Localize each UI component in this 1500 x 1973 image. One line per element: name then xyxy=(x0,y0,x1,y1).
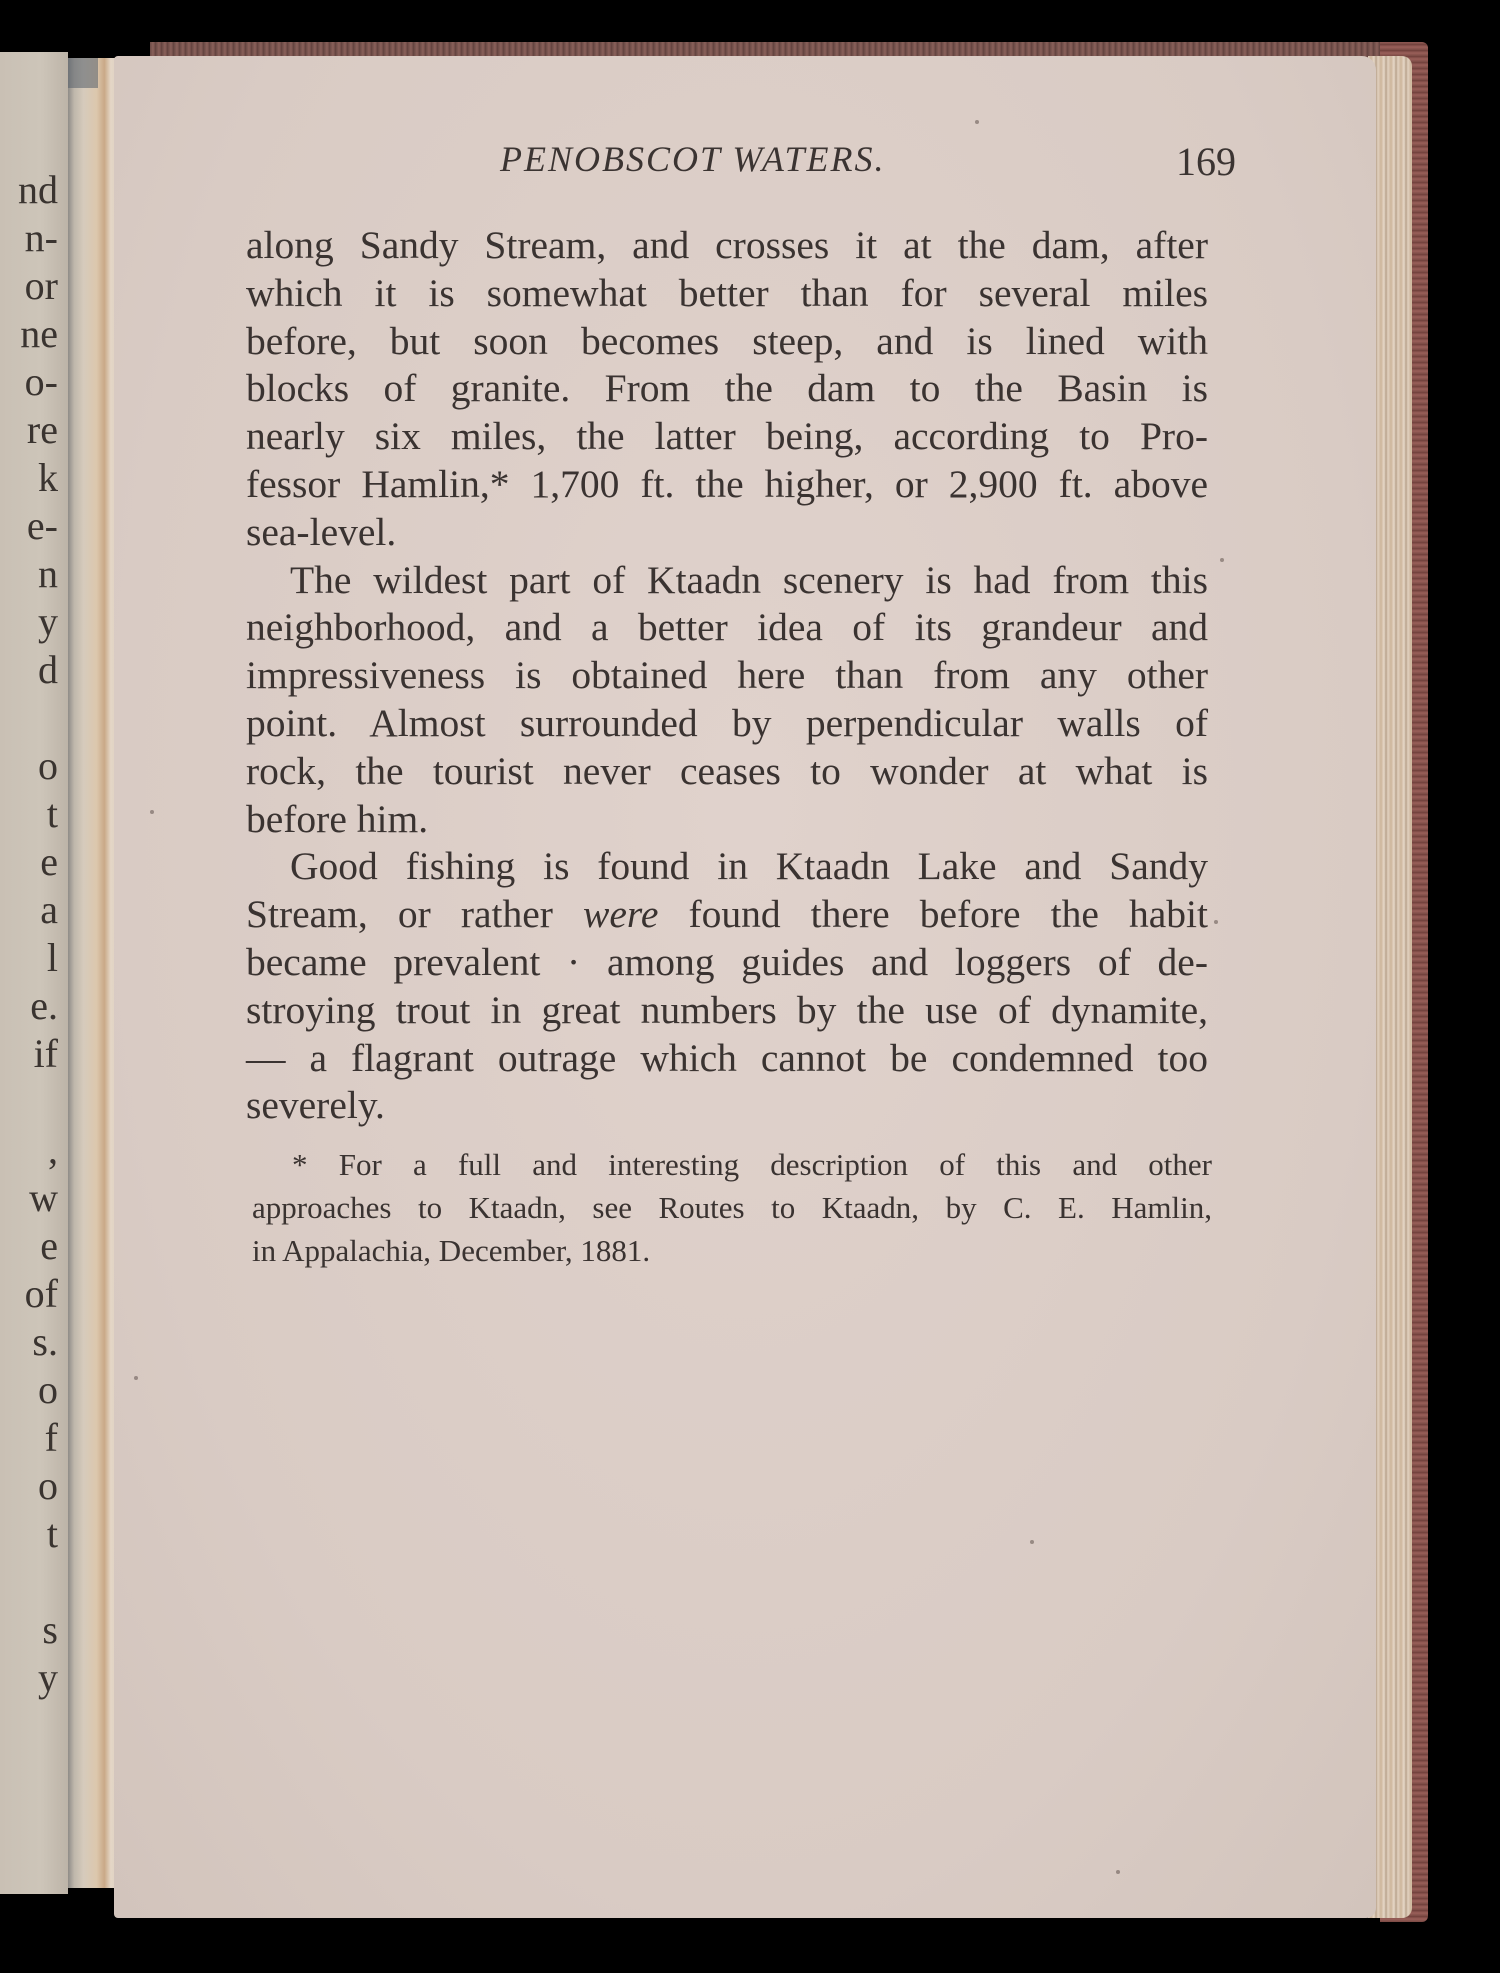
footnote-line: approaches to Ktaadn, see Routes to Ktaa… xyxy=(252,1186,1212,1229)
facing-page-fragment: e- xyxy=(27,506,58,546)
text-line: Good fishing is found in Ktaadn Lake and… xyxy=(246,843,1208,891)
text-line: sea-level. xyxy=(246,509,1208,557)
paper-speck xyxy=(134,1376,138,1380)
facing-page: ndn-orneo-reke-nydoteale.if,weofs.ofotsy xyxy=(0,52,68,1894)
book-gutter xyxy=(68,58,120,1888)
facing-page-fragment: f xyxy=(45,1418,58,1458)
body-text: along Sandy Stream, and crosses it at th… xyxy=(246,222,1208,1130)
facing-page-fragment: e xyxy=(40,842,58,882)
text-line: severely. xyxy=(246,1082,1208,1130)
paper-speck xyxy=(150,810,154,814)
text-line: before, but soon becomes steep, and is l… xyxy=(246,318,1208,366)
paragraph-3: Good fishing is found in Ktaadn Lake and… xyxy=(246,843,1208,1130)
paper-speck xyxy=(975,120,979,124)
paper-speck xyxy=(1214,920,1218,924)
text-segment: Stream, or rather xyxy=(246,892,583,936)
text-line: neighborhood, and a better idea of its g… xyxy=(246,604,1208,652)
running-head-title: PENOBSCOT WATERS. xyxy=(500,138,886,180)
text-line: rock, the tourist never ceases to wonder… xyxy=(246,748,1208,796)
facing-page-fragment: t xyxy=(47,1514,58,1554)
footnote-line: in Appalachia, December, 1881. xyxy=(252,1229,1212,1272)
facing-page-fragment: s. xyxy=(32,1322,58,1362)
facing-page-fragment: y xyxy=(38,1658,58,1698)
facing-page-fragment: n xyxy=(38,554,58,594)
italic-word: were xyxy=(583,892,658,936)
facing-page-fragment: or xyxy=(25,266,58,306)
gutter-shadow xyxy=(68,58,98,88)
text-line: — a flagrant outrage which cannot be con… xyxy=(246,1035,1208,1083)
facing-page-fragment: s xyxy=(42,1610,58,1650)
page-number: 169 xyxy=(1176,138,1236,185)
facing-page-fragment: o xyxy=(38,746,58,786)
facing-page-fragment: o xyxy=(38,1466,58,1506)
paragraph-1: along Sandy Stream, and crosses it at th… xyxy=(246,222,1208,557)
text-line: fessor Hamlin,* 1,700 ft. the higher, or… xyxy=(246,461,1208,509)
facing-page-fragment: a xyxy=(40,890,58,930)
running-head: PENOBSCOT WATERS. 169 xyxy=(0,138,1500,188)
text-line: blocks of granite. From the dam to the B… xyxy=(246,365,1208,413)
footnote: * For a full and interesting description… xyxy=(252,1143,1212,1272)
paper-speck xyxy=(1030,1540,1034,1544)
facing-page-fragment: of xyxy=(25,1274,58,1314)
paper-speck xyxy=(1220,558,1224,562)
facing-page-fragment: re xyxy=(27,410,58,450)
facing-page-fragment: k xyxy=(38,458,58,498)
text-line: became prevalent · among guides and logg… xyxy=(246,939,1208,987)
facing-page-fragment: n- xyxy=(25,218,58,258)
facing-page-fragment: e. xyxy=(30,986,58,1026)
facing-page-fragment: e xyxy=(40,1226,58,1266)
facing-page-fragment: o xyxy=(38,1370,58,1410)
text-line: along Sandy Stream, and crosses it at th… xyxy=(246,222,1208,270)
facing-page-fragment: l xyxy=(47,938,58,978)
paragraph-2: The wildest part of Ktaadn scenery is ha… xyxy=(246,557,1208,844)
paper-speck xyxy=(1116,1870,1120,1874)
text-line: which it is somewhat better than for sev… xyxy=(246,270,1208,318)
text-line: The wildest part of Ktaadn scenery is ha… xyxy=(246,557,1208,605)
text-line: point. Almost surrounded by perpendicula… xyxy=(246,700,1208,748)
facing-page-fragment: w xyxy=(29,1178,58,1218)
text-line: nearly six miles, the latter being, acco… xyxy=(246,413,1208,461)
facing-page-fragment: , xyxy=(48,1130,58,1170)
facing-page-fragment: d xyxy=(38,650,58,690)
text-segment: found there before the habit xyxy=(658,892,1208,936)
facing-page-fragment: ne xyxy=(20,314,58,354)
facing-page-fragment: t xyxy=(47,794,58,834)
text-line: Stream, or rather were found there befor… xyxy=(246,891,1208,939)
facing-page-fragment: if xyxy=(34,1034,58,1074)
footnote-line: * For a full and interesting description… xyxy=(252,1143,1212,1186)
facing-page-fragment: o- xyxy=(25,362,58,402)
facing-page-fragment: y xyxy=(38,602,58,642)
text-line: impressiveness is obtained here than fro… xyxy=(246,652,1208,700)
text-line: before him. xyxy=(246,796,1208,844)
text-line: stroying trout in great numbers by the u… xyxy=(246,987,1208,1035)
